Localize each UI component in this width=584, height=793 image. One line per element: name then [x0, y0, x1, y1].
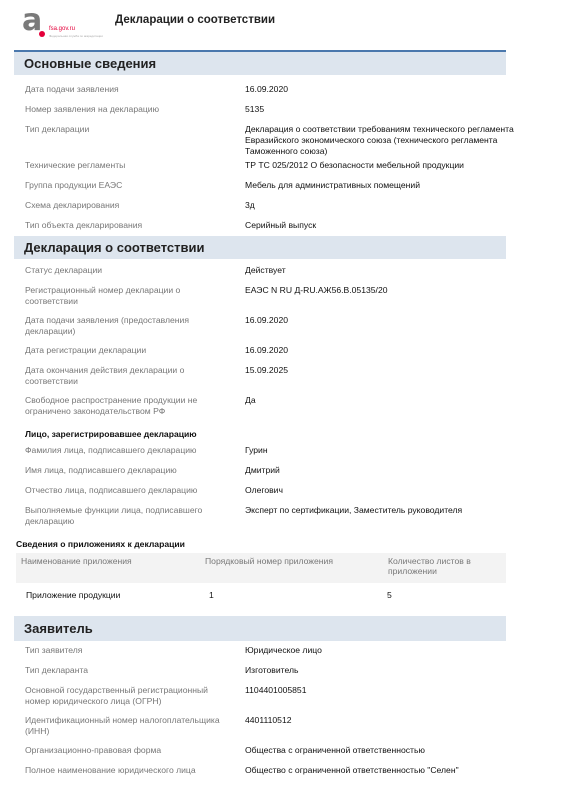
- field-label: Группа продукции ЕАЭС: [25, 180, 230, 191]
- column-header: Порядковый номер приложения: [205, 556, 333, 566]
- section-header-applicant: Заявитель: [14, 616, 506, 641]
- field-value: Олегович: [245, 485, 545, 496]
- section-header-declaration: Декларация о соответствии: [14, 236, 506, 259]
- field-label: Дата окончания действия декларации о соо…: [25, 365, 230, 387]
- table-cell: 1: [209, 590, 214, 600]
- field-value: Изготовитель: [245, 665, 545, 676]
- field-label: Схема декларирования: [25, 200, 230, 211]
- field-label: Имя лица, подписавшего декларацию: [25, 465, 230, 476]
- column-header: Наименование приложения: [21, 556, 132, 566]
- section-header-basic: Основные сведения: [14, 50, 506, 75]
- field-label: Дата подачи заявления: [25, 84, 230, 95]
- appendices-subheading: Сведения о приложениях к декларации: [16, 539, 185, 549]
- field-label: Фамилия лица, подписавшего декларацию: [25, 445, 230, 456]
- page-title: Декларации о соответствии: [115, 14, 275, 26]
- field-label: Тип декларанта: [25, 665, 230, 676]
- field-value: Юридическое лицо: [245, 645, 545, 656]
- field-value: Дмитрий: [245, 465, 545, 476]
- field-value: Действует: [245, 265, 545, 276]
- field-label: Отчество лица, подписавшего декларацию: [25, 485, 230, 496]
- field-value: 1104401005851: [245, 685, 545, 696]
- field-label: Технические регламенты: [25, 160, 230, 171]
- field-value: 3д: [245, 200, 545, 211]
- top-bar: a fsa.gov.ru Федеральная служба по аккре…: [0, 0, 584, 44]
- field-value: 16.09.2020: [245, 315, 545, 326]
- appendices-table-header: Наименование приложения Порядковый номер…: [16, 553, 506, 583]
- field-label: Тип заявителя: [25, 645, 230, 656]
- field-value: Гурин: [245, 445, 545, 456]
- fsa-logo[interactable]: a fsa.gov.ru Федеральная служба по аккре…: [20, 10, 98, 40]
- field-value: 4401110512: [245, 715, 545, 726]
- field-label: Дата регистрации декларации: [25, 345, 230, 356]
- field-label: Идентификационный номер налогоплательщик…: [25, 715, 230, 737]
- field-value: Да: [245, 395, 545, 406]
- field-label: Дата подачи заявления (предоставления де…: [25, 315, 230, 337]
- field-value: Мебель для административных помещений: [245, 180, 545, 191]
- field-label: Выполняемые функции лица, подписавшего д…: [25, 505, 230, 527]
- field-label: Статус декларации: [25, 265, 230, 276]
- field-label: Регистрационный номер декларации о соотв…: [25, 285, 230, 307]
- logo-subtitle: Федеральная служба по аккредитации: [49, 34, 103, 38]
- field-value: 15.09.2025: [245, 365, 545, 376]
- logo-dot-icon: [39, 31, 45, 37]
- field-value: 16.09.2020: [245, 84, 545, 95]
- field-label: Свободное распространение продукции не о…: [25, 395, 230, 417]
- logo-site-text: fsa.gov.ru: [49, 26, 75, 32]
- field-label: Основной государственный регистрационный…: [25, 685, 230, 707]
- field-label: Номер заявления на декларацию: [25, 104, 230, 115]
- field-value: ТР ТС 025/2012 О безопасности мебельной …: [245, 160, 545, 171]
- field-label: Тип декларации: [25, 124, 230, 135]
- field-value: Серийный выпуск: [245, 220, 545, 231]
- field-label: Организационно-правовая форма: [25, 745, 230, 756]
- field-value: 5135: [245, 104, 545, 115]
- field-value: Общества с ограниченной ответственностью: [245, 745, 545, 756]
- field-value: ЕАЭС N RU Д-RU.АЖ56.В.05135/20: [245, 285, 545, 296]
- table-cell: Приложение продукции: [26, 590, 120, 600]
- field-label: Тип объекта декларирования: [25, 220, 230, 231]
- field-value: Общество с ограниченной ответственностью…: [245, 765, 545, 776]
- column-header: Количество листов в приложении: [388, 556, 506, 576]
- field-value: Эксперт по сертификации, Заместитель рук…: [245, 505, 545, 516]
- field-label: Полное наименование юридического лица: [25, 765, 230, 776]
- table-cell: 5: [387, 590, 392, 600]
- person-subheading: Лицо, зарегистрировавшее декларацию: [25, 429, 197, 439]
- field-value: Декларация о соответствии требованиям те…: [245, 124, 545, 157]
- field-value: 16.09.2020: [245, 345, 545, 356]
